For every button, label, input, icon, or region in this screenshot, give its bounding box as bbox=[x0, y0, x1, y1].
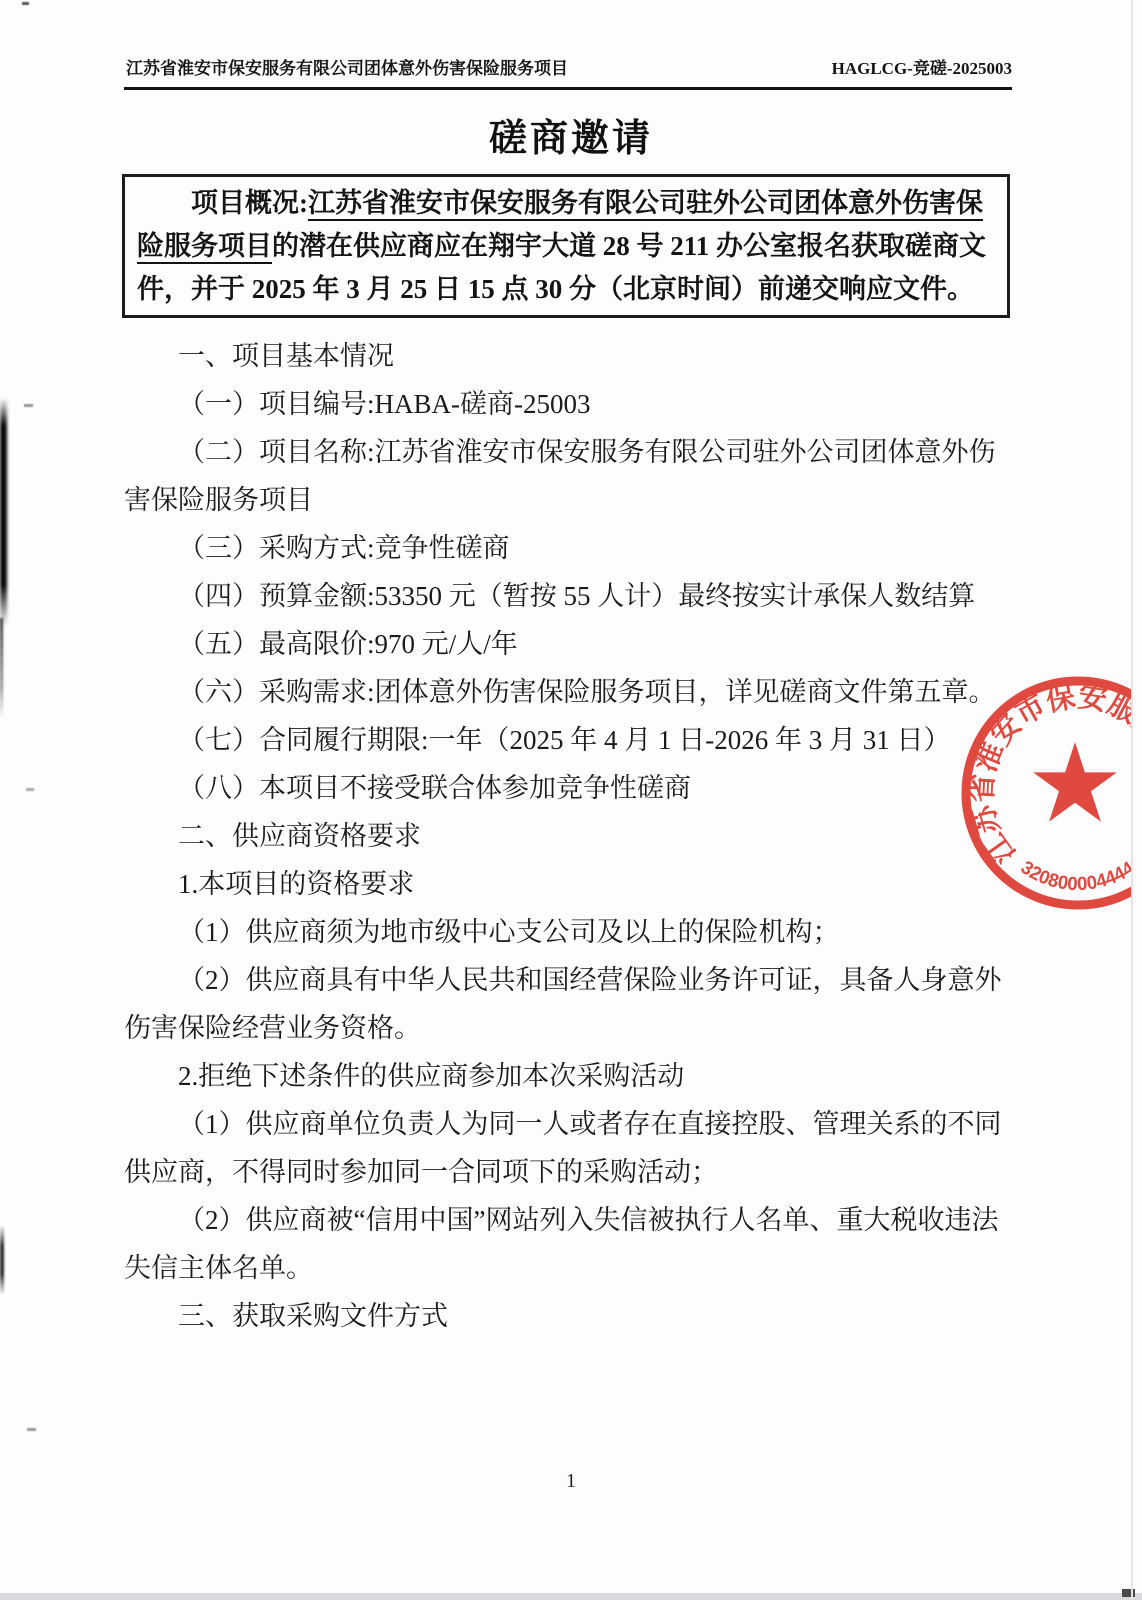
doc-title: 磋商邀请 bbox=[0, 116, 1142, 162]
para-qualification-1-2: （2）供应商具有中华人民共和国经营保险业务许可证，具备人身意外伤害保险经营业务资… bbox=[124, 956, 1012, 1052]
header-doc-number: HAGLCG-竞磋-2025003 bbox=[832, 54, 1012, 79]
para-rejection-2-1: （1）供应商单位负责人为同一人或者存在直接控股、管理关系的不同供应商，不得同时参… bbox=[124, 1100, 1012, 1196]
scan-right-edge-line bbox=[1131, 0, 1133, 1600]
overview-label: 项目概况: bbox=[191, 188, 308, 218]
para-section-3-heading: 三、获取采购文件方式 bbox=[124, 1292, 1012, 1340]
overview-paragraph: 项目概况:江苏省淮安市保安服务有限公司驻外公司团体意外伤害保险服务项目的潜在供应… bbox=[137, 182, 995, 311]
page-number: 1 bbox=[0, 1470, 1142, 1493]
para-no-consortium: （八）本项目不接受联合体参加竞争性磋商 bbox=[124, 764, 1012, 812]
para-project-name: （二）项目名称:江苏省淮安市保安服务有限公司驻外公司团体意外伤害保险服务项目 bbox=[124, 428, 1012, 524]
para-section-1-heading: 一、项目基本情况 bbox=[124, 332, 1012, 380]
para-qualification-1: 1.本项目的资格要求 bbox=[124, 860, 1012, 908]
document-body: 一、项目基本情况 （一）项目编号:HABA-磋商-25003 （二）项目名称:江… bbox=[124, 332, 1012, 1340]
seal-star bbox=[1033, 742, 1117, 822]
svg-text:320800004444: 320800004444 bbox=[1017, 857, 1132, 895]
para-rejection-2-2: （2）供应商被“信用中国”网站列入失信被执行人名单、重大税收违法失信主体名单。 bbox=[124, 1196, 1012, 1292]
scan-streak-left-upper bbox=[0, 398, 7, 626]
page-header: 江苏省淮安市保安服务有限公司团体意外伤害保险服务项目 HAGLCG-竞磋-202… bbox=[0, 0, 1142, 79]
para-contract-period: （七）合同履行期限:一年（2025 年 4 月 1 日-2026 年 3 月 3… bbox=[124, 716, 1012, 764]
para-rejection-2: 2.拒绝下述条件的供应商参加本次采购活动 bbox=[124, 1052, 1012, 1100]
scan-speck-mid-2 bbox=[26, 788, 34, 791]
para-section-2-heading: 二、供应商资格要求 bbox=[124, 812, 1012, 860]
para-procurement-method: （三）采购方式:竞争性磋商 bbox=[124, 524, 1012, 572]
scan-bottom-edge bbox=[0, 1593, 1142, 1600]
para-procurement-demand: （六）采购需求:团体意外伤害保险服务项目，详见磋商文件第五章。 bbox=[124, 668, 1012, 716]
para-max-price: （五）最高限价:970 元/人/年 bbox=[124, 620, 1012, 668]
document-page: 江苏省淮安市保安服务有限公司团体意外伤害保险服务项目 HAGLCG-竞磋-202… bbox=[0, 0, 1142, 1600]
scan-streak-left-lower bbox=[0, 1225, 4, 1295]
scan-streak-left-upper-tail bbox=[0, 618, 3, 718]
para-budget-amount: （四）预算金额:53350 元（暂按 55 人计）最终按实计承保人数结算 bbox=[124, 572, 1012, 620]
para-qualification-1-1: （1）供应商须为地市级中心支公司及以上的保险机构； bbox=[124, 908, 1012, 956]
project-overview-box: 项目概况:江苏省淮安市保安服务有限公司驻外公司团体意外伤害保险服务项目的潜在供应… bbox=[122, 174, 1010, 318]
scan-speck-mid-1 bbox=[24, 404, 33, 407]
para-project-number: （一）项目编号:HABA-磋商-25003 bbox=[124, 380, 1012, 428]
scan-bottom-corner-mark bbox=[1122, 1589, 1135, 1597]
scan-speck-bottom bbox=[27, 1428, 36, 1431]
header-rule bbox=[124, 87, 1012, 90]
header-project-title: 江苏省淮安市保安服务有限公司团体意外伤害保险服务项目 bbox=[126, 54, 568, 79]
seal-serial-number: 320800004444 bbox=[1017, 857, 1132, 895]
